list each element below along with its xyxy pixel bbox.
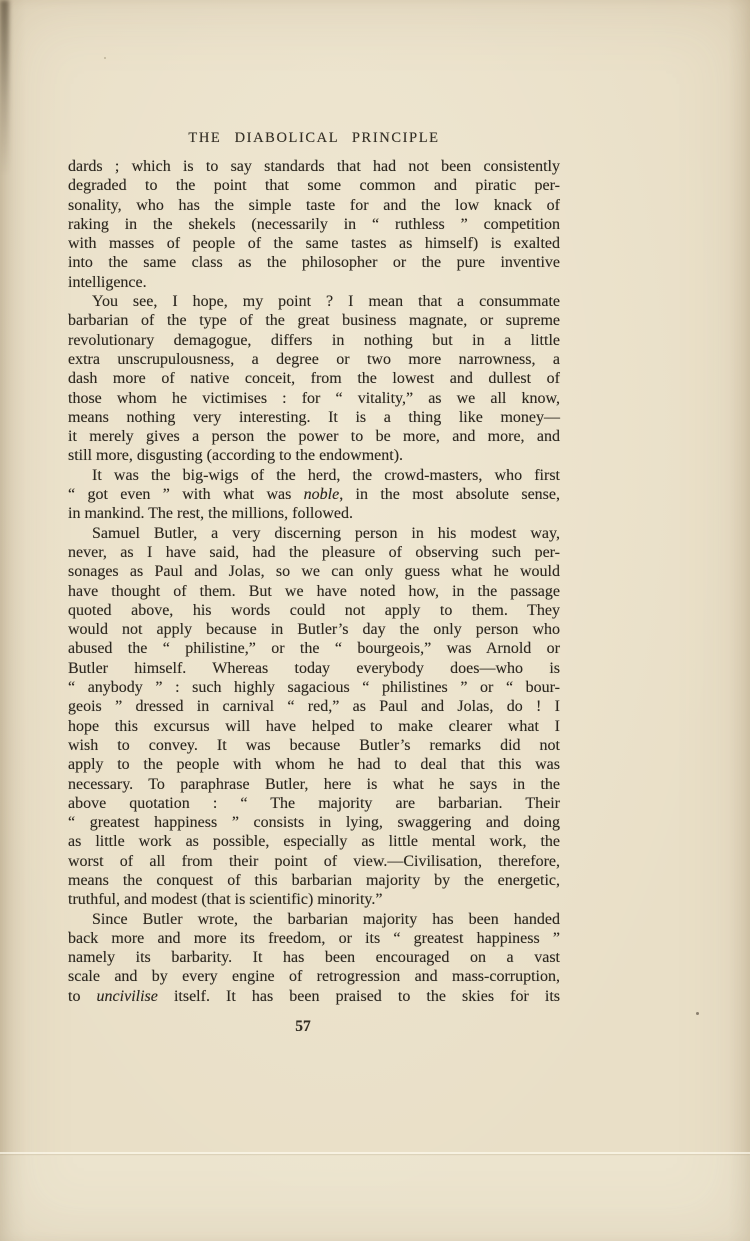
text-line: would not apply because in Butler’s day … bbox=[68, 620, 560, 639]
text-line: means the conquest of this barbarian maj… bbox=[68, 871, 560, 890]
text-line: It was the big-wigs of the herd, the cro… bbox=[68, 466, 560, 485]
text-line: above quotation : “ The majority are bar… bbox=[68, 794, 560, 813]
text-line: degraded to the point that some common a… bbox=[68, 176, 560, 195]
text-line: those whom he victimises : for “ vitalit… bbox=[68, 389, 560, 408]
text-line: Since Butler wrote, the barbarian majori… bbox=[68, 910, 560, 929]
scan-speck bbox=[524, 990, 526, 992]
text-line: truthful, and modest (that is scientific… bbox=[68, 890, 560, 909]
page-lower-area bbox=[0, 1154, 750, 1241]
text-line: still more, disgusting (according to the… bbox=[68, 446, 560, 465]
text-line: dash more of native conceit, from the lo… bbox=[68, 369, 560, 388]
text-line: in mankind. The rest, the millions, foll… bbox=[68, 504, 560, 523]
paragraph: dards ; which is to say standards that h… bbox=[68, 157, 560, 292]
body-text: dards ; which is to say standards that h… bbox=[68, 157, 560, 1006]
text-line: namely its barbarity. It has been encour… bbox=[68, 948, 560, 967]
text-line: have thought of them. But we have noted … bbox=[68, 582, 560, 601]
text-line: into the same class as the philosopher o… bbox=[68, 253, 560, 272]
text-line: never, as I have said, had the pleasure … bbox=[68, 543, 560, 562]
text-line: means nothing very interesting. It is a … bbox=[68, 408, 560, 427]
text-line: necessary. To paraphrase Butler, here is… bbox=[68, 775, 560, 794]
text-line: to uncivilise itself. It has been praise… bbox=[68, 987, 560, 1006]
scan-edge-shadow bbox=[0, 0, 9, 175]
text-line: Butler himself. Whereas today everybody … bbox=[68, 659, 560, 678]
text-line: quoted above, his words could not apply … bbox=[68, 601, 560, 620]
text-line: intelligence. bbox=[68, 273, 560, 292]
text-line: revolutionary demagogue, differs in noth… bbox=[68, 331, 560, 350]
text-line: You see, I hope, my point ? I mean that … bbox=[68, 292, 560, 311]
text-line: Samuel Butler, a very discerning person … bbox=[68, 524, 560, 543]
text-line: sonality, who has the simple taste for a… bbox=[68, 196, 560, 215]
text-line: extra unscrupulousness, a degree or two … bbox=[68, 350, 560, 369]
text-line: it merely gives a person the power to be… bbox=[68, 427, 560, 446]
text-line: barbarian of the type of the great busin… bbox=[68, 311, 560, 330]
scan-speck bbox=[104, 57, 106, 59]
book-page-scan: THE DIABOLICAL PRINCIPLE dards ; which i… bbox=[0, 0, 750, 1241]
text-line: “ got even ” with what was noble, in the… bbox=[68, 485, 560, 504]
text-line: worst of all from their point of view.—C… bbox=[68, 852, 560, 871]
text-line: hope this excursus will have helped to m… bbox=[68, 717, 560, 736]
text-line: as little work as possible, especially a… bbox=[68, 832, 560, 851]
paragraph: You see, I hope, my point ? I mean that … bbox=[68, 292, 560, 466]
text-line: sonages as Paul and Jolas, so we can onl… bbox=[68, 562, 560, 581]
text-line: dards ; which is to say standards that h… bbox=[68, 157, 560, 176]
text-line: back more and more its freedom, or its “… bbox=[68, 929, 560, 948]
text-line: wish to convey. It was because Butler’s … bbox=[68, 736, 560, 755]
text-line: abused the “ philistine,” or the “ bourg… bbox=[68, 639, 560, 658]
text-line: “ greatest happiness ” consists in lying… bbox=[68, 813, 560, 832]
text-line: “ anybody ” : such highly sagacious “ ph… bbox=[68, 678, 560, 697]
page-number: 57 bbox=[68, 1018, 538, 1036]
text-line: with masses of people of the same tastes… bbox=[68, 234, 560, 253]
running-header: THE DIABOLICAL PRINCIPLE bbox=[68, 130, 560, 147]
paragraph: It was the big-wigs of the herd, the cro… bbox=[68, 466, 560, 524]
scan-speck bbox=[696, 1012, 699, 1015]
text-line: geois ” dressed in carnival “ red,” as P… bbox=[68, 697, 560, 716]
text-line: scale and by every engine of retrogressi… bbox=[68, 967, 560, 986]
text-line: apply to the people with whom he had to … bbox=[68, 755, 560, 774]
text-line: raking in the shekels (necessarily in “ … bbox=[68, 215, 560, 234]
paragraph: Since Butler wrote, the barbarian majori… bbox=[68, 910, 560, 1006]
paragraph: Samuel Butler, a very discerning person … bbox=[68, 524, 560, 910]
